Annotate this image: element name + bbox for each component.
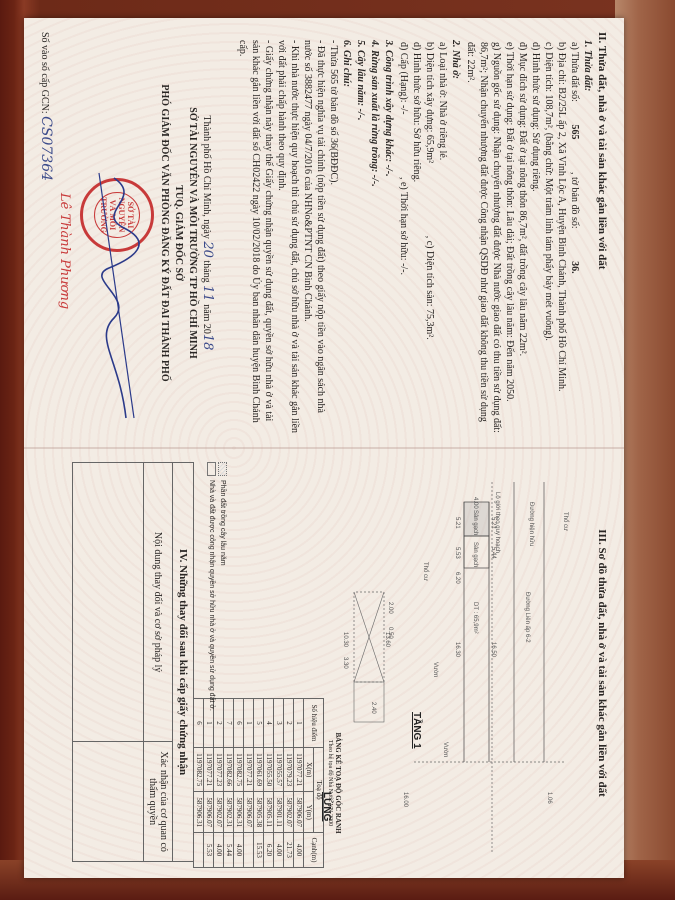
coord-cell: 587906.31 bbox=[194, 792, 204, 833]
signer-name: Lê Thành Phương bbox=[57, 193, 72, 309]
certificate-paper: II. Thửa đất, nhà ở và tài sản khác gắn … bbox=[24, 18, 624, 878]
dimension-label: 5.21 bbox=[454, 517, 460, 529]
coord-cell: 587906.07 bbox=[244, 792, 254, 833]
coord-cell: 5.44 bbox=[224, 833, 234, 868]
coord-cell: 3 bbox=[274, 699, 284, 748]
svg-text:Sân gạch: Sân gạch bbox=[472, 542, 478, 567]
coord-cell: 587901.11 bbox=[274, 792, 284, 833]
dimension-label: 6.20 bbox=[454, 572, 460, 584]
map-number: 36. bbox=[569, 261, 580, 274]
diagram-legend: Phần đất trồng cây lâu năm Nhà và đất đư… bbox=[205, 462, 229, 711]
note-item: - Khi nhà nước thực hiện quy hoạch thì c… bbox=[275, 40, 301, 434]
signature-scribble bbox=[84, 168, 154, 428]
term-line: e) Thời hạn sử dụng: Đất ở tại nông thôn… bbox=[503, 42, 516, 434]
other-works: 3. Công trình xây dựng khác: -/-. bbox=[383, 40, 394, 434]
coord-cell: 2 bbox=[284, 699, 294, 748]
svg-text:Đường hiện hữu: Đường hiện hữu bbox=[528, 502, 534, 546]
coord-cell: 587902.31 bbox=[224, 792, 234, 833]
issuing-org: SỞ TÀI NGUYÊN VÀ MÔI TRƯỜNG TP HỒ CHÍ MI… bbox=[185, 32, 199, 434]
coord-cell bbox=[244, 833, 254, 868]
house-heading: 2. Nhà ở: bbox=[450, 40, 461, 434]
wood-background bbox=[615, 0, 675, 900]
legend-item: Nhà và đất được công nhận quyền sở hữu n… bbox=[207, 462, 216, 711]
coord-cell: 1197082.75 bbox=[194, 748, 204, 792]
coord-cell: 21.73 bbox=[284, 833, 294, 868]
dimension-label: 4.00 bbox=[472, 497, 478, 509]
coord-row: 61197082.75587906.314.00 bbox=[234, 699, 244, 868]
page-section-2: II. Thửa đất, nhà ở và tài sản khác gắn … bbox=[24, 18, 624, 448]
dimension-label: 1.06 bbox=[546, 792, 552, 804]
coord-cell: 1197077.21 bbox=[244, 748, 254, 792]
signature-block: Thành phố Hồ Chí Minh, ngày 20 tháng 11 … bbox=[157, 32, 214, 434]
coord-cell: 5.53 bbox=[204, 833, 214, 868]
svg-text:Vườn: Vườn bbox=[442, 742, 448, 757]
changes-table: IV. Những thay đổi sau khi cấp giấy chứn… bbox=[72, 462, 194, 862]
page-section-3-4: III. Sơ đồ thửa đất, nhà ở và tài sản kh… bbox=[24, 448, 624, 878]
legend-item: Phần đất trồng cây lâu năm bbox=[218, 462, 227, 711]
dimension-label: 16.30 bbox=[454, 642, 460, 658]
tuq-line: TUQ. GIÁM ĐỐC SỞ bbox=[171, 32, 185, 434]
coord-rows-land: 11197077.21587906.074.0021197079.2358790… bbox=[244, 699, 304, 868]
legend-swatch-house bbox=[207, 462, 216, 476]
coord-row: 11197077.21587906.074.00 bbox=[294, 699, 304, 868]
coord-cell: 6 bbox=[234, 699, 244, 748]
section-4-title: IV. Những thay đổi sau khi cấp giấy chứn… bbox=[173, 463, 194, 862]
changes-col-confirm: Xác nhận của cơ quan có thẩm quyền bbox=[144, 742, 173, 862]
coord-cell: 587902.07 bbox=[284, 792, 294, 833]
dimension-label: 3.30 bbox=[342, 657, 348, 669]
coord-cell: 1197061.69 bbox=[254, 748, 264, 792]
coord-row: 21197079.23587902.0721.73 bbox=[284, 699, 294, 868]
changes-cell bbox=[73, 463, 144, 742]
parcel-number: 565 bbox=[569, 124, 580, 139]
area-line: c) Diện tích: 108,7m², (bằng chữ: Một tr… bbox=[542, 42, 555, 434]
coord-cell: 1197055.50 bbox=[264, 748, 274, 792]
coord-cell: 1197077.23 bbox=[214, 748, 224, 792]
dimension-label: 0.50 bbox=[387, 627, 393, 639]
registry-number: Số vào sổ cấp GCN: CS07364 bbox=[38, 32, 54, 181]
house-area-line: b) Diện tích xây dựng: 65,9m² , c) Diện … bbox=[423, 42, 436, 434]
col-x: X(m) bbox=[304, 748, 314, 792]
forest: 4. Rừng sản xuất là rừng trồng: -/-. bbox=[369, 40, 380, 434]
house-type: a) Loại nhà ở: Nhà ở riêng lẻ. bbox=[436, 42, 449, 434]
origin-line: g) Nguồn gốc sử dụng: Nhận chuyển nhượng… bbox=[464, 42, 503, 434]
svg-text:DT : 65,9m²: DT : 65,9m² bbox=[472, 602, 478, 634]
note-item: - Đã thực hiện nghĩa vụ tài chính (nộp t… bbox=[301, 40, 327, 434]
purpose-line: đ) Mục đích sử dụng: Đất ở tại nông thôn… bbox=[516, 42, 529, 434]
dimension-label: 5.44 bbox=[490, 547, 496, 559]
coord-cell: 1197082.66 bbox=[224, 748, 234, 792]
certificate-sheet: II. Thửa đất, nhà ở và tài sản khác gắn … bbox=[24, 18, 624, 878]
notes-heading: 6. Ghi chú: bbox=[341, 40, 352, 434]
changes-cell bbox=[73, 742, 144, 862]
coord-cell: 1197055.57 bbox=[274, 748, 284, 792]
coord-row: 11197077.21587906.075.53 bbox=[204, 699, 214, 868]
svg-text:TẦNG 1: TẦNG 1 bbox=[411, 712, 424, 749]
land-heading: 1. Thửa đất: bbox=[582, 40, 593, 434]
legend-swatch-perennial bbox=[218, 462, 227, 476]
coord-cell: 4 bbox=[264, 699, 274, 748]
dimension-label: 2.00 bbox=[387, 602, 393, 614]
coord-row: 21197077.23587902.074.00 bbox=[214, 699, 224, 868]
coord-cell: 6.20 bbox=[264, 833, 274, 868]
coord-cell: 4.00 bbox=[274, 833, 284, 868]
coord-table: Số hiệu điểm Toạ độ Cạnh(m) X(m) Y(m) 11… bbox=[193, 698, 324, 868]
svg-text:Vườn: Vườn bbox=[432, 662, 438, 677]
note-item: - Giấy chứng nhận này thay thế Giấy chứn… bbox=[236, 40, 275, 434]
note-item: - Thửa 565 tờ bản đồ số 36(BĐĐC). bbox=[327, 40, 340, 434]
col-y: Y(m) bbox=[304, 792, 314, 833]
coord-cell: 6 bbox=[194, 699, 204, 748]
coord-cell: 4.00 bbox=[294, 833, 304, 868]
dimension-label: 5.21 bbox=[490, 517, 496, 529]
coord-row: 31197055.57587901.114.00 bbox=[274, 699, 284, 868]
coord-cell: 587905.38 bbox=[254, 792, 264, 833]
col-point: Số hiệu điểm bbox=[304, 699, 324, 748]
section-2-title: II. Thửa đất, nhà ở và tài sản khác gắn … bbox=[596, 32, 608, 434]
issue-date: Thành phố Hồ Chí Minh, ngày 20 tháng 11 … bbox=[199, 32, 214, 434]
coord-cell: 1 bbox=[244, 699, 254, 748]
coord-cell: 15.53 bbox=[254, 833, 264, 868]
coord-cell: 1197079.23 bbox=[284, 748, 294, 792]
coord-row: 71197082.66587902.315.44 bbox=[224, 699, 234, 868]
coord-row: 11197077.21587906.07 bbox=[244, 699, 254, 868]
coord-table-title: BẢNG KÊ TOẠ ĐỘ GÓC RANH bbox=[334, 698, 342, 868]
grade-line: đ) Cấp (Hạng): -/- , e) Thời hạn sở hữu:… bbox=[397, 42, 410, 434]
coord-cell: 4.00 bbox=[214, 833, 224, 868]
dimension-label: 5.53 bbox=[454, 547, 460, 559]
coord-cell: 587906.31 bbox=[234, 792, 244, 833]
dimension-label: 2.40 bbox=[370, 702, 376, 714]
section-3-title: III. Sơ đồ thửa đất, nhà ở và tài sản kh… bbox=[596, 462, 608, 864]
coord-cell: 587906.07 bbox=[294, 792, 304, 833]
coord-cell: 1 bbox=[294, 699, 304, 748]
perennial: 5. Cây lâu năm: -/-. bbox=[355, 40, 366, 434]
coord-cell bbox=[194, 833, 204, 868]
svg-text:Thổ cư: Thổ cư bbox=[422, 562, 429, 581]
svg-text:Sân gạch: Sân gạch bbox=[472, 510, 478, 535]
col-group: Toạ độ bbox=[314, 748, 324, 833]
changes-col-content: Nội dung thay đổi và cơ sở pháp lý bbox=[144, 463, 173, 742]
svg-text:Thổ cư: Thổ cư bbox=[562, 512, 569, 531]
parcel-line: a) Thửa đất số: 565 , tờ bản đồ số: 36. bbox=[568, 42, 581, 434]
dimension-label: 16.50 bbox=[490, 642, 496, 658]
dimension-label: 10.30 bbox=[342, 632, 348, 648]
address-line: b) Địa chỉ: B2/25L ấp 2, Xã Vĩnh Lộc A, … bbox=[555, 42, 568, 434]
svg-text:Đường Liên ấp 6-2: Đường Liên ấp 6-2 bbox=[524, 592, 530, 643]
coord-cell: 587906.07 bbox=[204, 792, 214, 833]
registry-value: CS07364 bbox=[38, 116, 54, 181]
dimension-label: 16.00 bbox=[402, 792, 408, 808]
ownership-line: d) Hình thức sở hữu: Sở hữu riêng. bbox=[410, 42, 423, 434]
coord-row: 61197082.75587906.31 bbox=[194, 699, 204, 868]
coord-cell: 587902.07 bbox=[214, 792, 224, 833]
coord-cell: 1197077.21 bbox=[294, 748, 304, 792]
coord-cell: 4.00 bbox=[234, 833, 244, 868]
coord-rows-house: 61197082.75587906.314.0071197082.6658790… bbox=[194, 699, 244, 868]
use-form-line: d) Hình thức sử dụng: Sử dụng riêng. bbox=[529, 42, 542, 434]
coord-cell: 587905.11 bbox=[264, 792, 274, 833]
coord-row: 41197055.50587905.116.20 bbox=[264, 699, 274, 868]
signer-position: PHÓ GIÁM ĐỐC VĂN PHÒNG ĐĂNG KÝ ĐẤT ĐAI T… bbox=[157, 32, 171, 434]
coord-table-subtitle: Theo hệ tọa độ Nhà Nước VN-2000 bbox=[327, 698, 333, 868]
coord-cell: 5 bbox=[254, 699, 264, 748]
col-edge: Cạnh(m) bbox=[304, 833, 324, 868]
coord-cell: 1197077.21 bbox=[204, 748, 214, 792]
coord-cell: 1197082.75 bbox=[234, 748, 244, 792]
coord-row: 51197061.69587905.3815.53 bbox=[254, 699, 264, 868]
